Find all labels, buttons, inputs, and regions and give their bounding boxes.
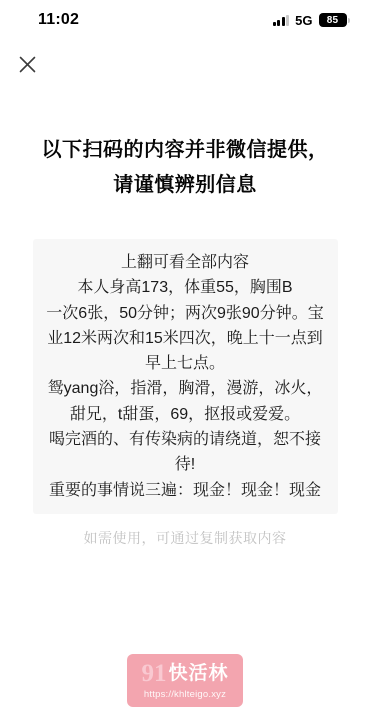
- status-time: 11:02: [38, 11, 79, 29]
- scanned-content-text: 上翻可看全部内容 本人身高173，体重55，胸围B 一次6张，50分钟；两次9张…: [43, 250, 328, 503]
- close-icon: [19, 56, 36, 73]
- watermark-brand-number: 91: [141, 661, 166, 686]
- phone-screen: 11:02 5G 85 以下扫码的内容并非微信提供， 请谨慎辨别信息 上翻可看全…: [0, 0, 370, 728]
- close-button[interactable]: [19, 56, 36, 73]
- watermark-brand: 91 快活林: [141, 661, 228, 686]
- copy-hint-text: 如需使用，可通过复制获取内容: [0, 528, 370, 548]
- watermark-badge: 91 快活林 https://khlteigo.xyz: [127, 654, 243, 707]
- status-icons: 5G 85: [273, 13, 350, 28]
- nav-bar: [19, 56, 370, 73]
- network-type-label: 5G: [295, 13, 312, 28]
- watermark-url: https://khlteigo.xyz: [144, 689, 226, 700]
- battery-icon: 85: [319, 13, 351, 27]
- signal-strength-icon: [273, 15, 290, 26]
- battery-percent: 85: [319, 13, 347, 27]
- scanned-content-box[interactable]: 上翻可看全部内容 本人身高173，体重55，胸围B 一次6张，50分钟；两次9张…: [33, 239, 338, 514]
- watermark-brand-name: 快活林: [168, 664, 228, 683]
- battery-nub: [348, 18, 351, 23]
- status-bar: 11:02 5G 85: [0, 0, 370, 34]
- scan-warning-title: 以下扫码的内容并非微信提供， 请谨慎辨别信息: [0, 133, 370, 203]
